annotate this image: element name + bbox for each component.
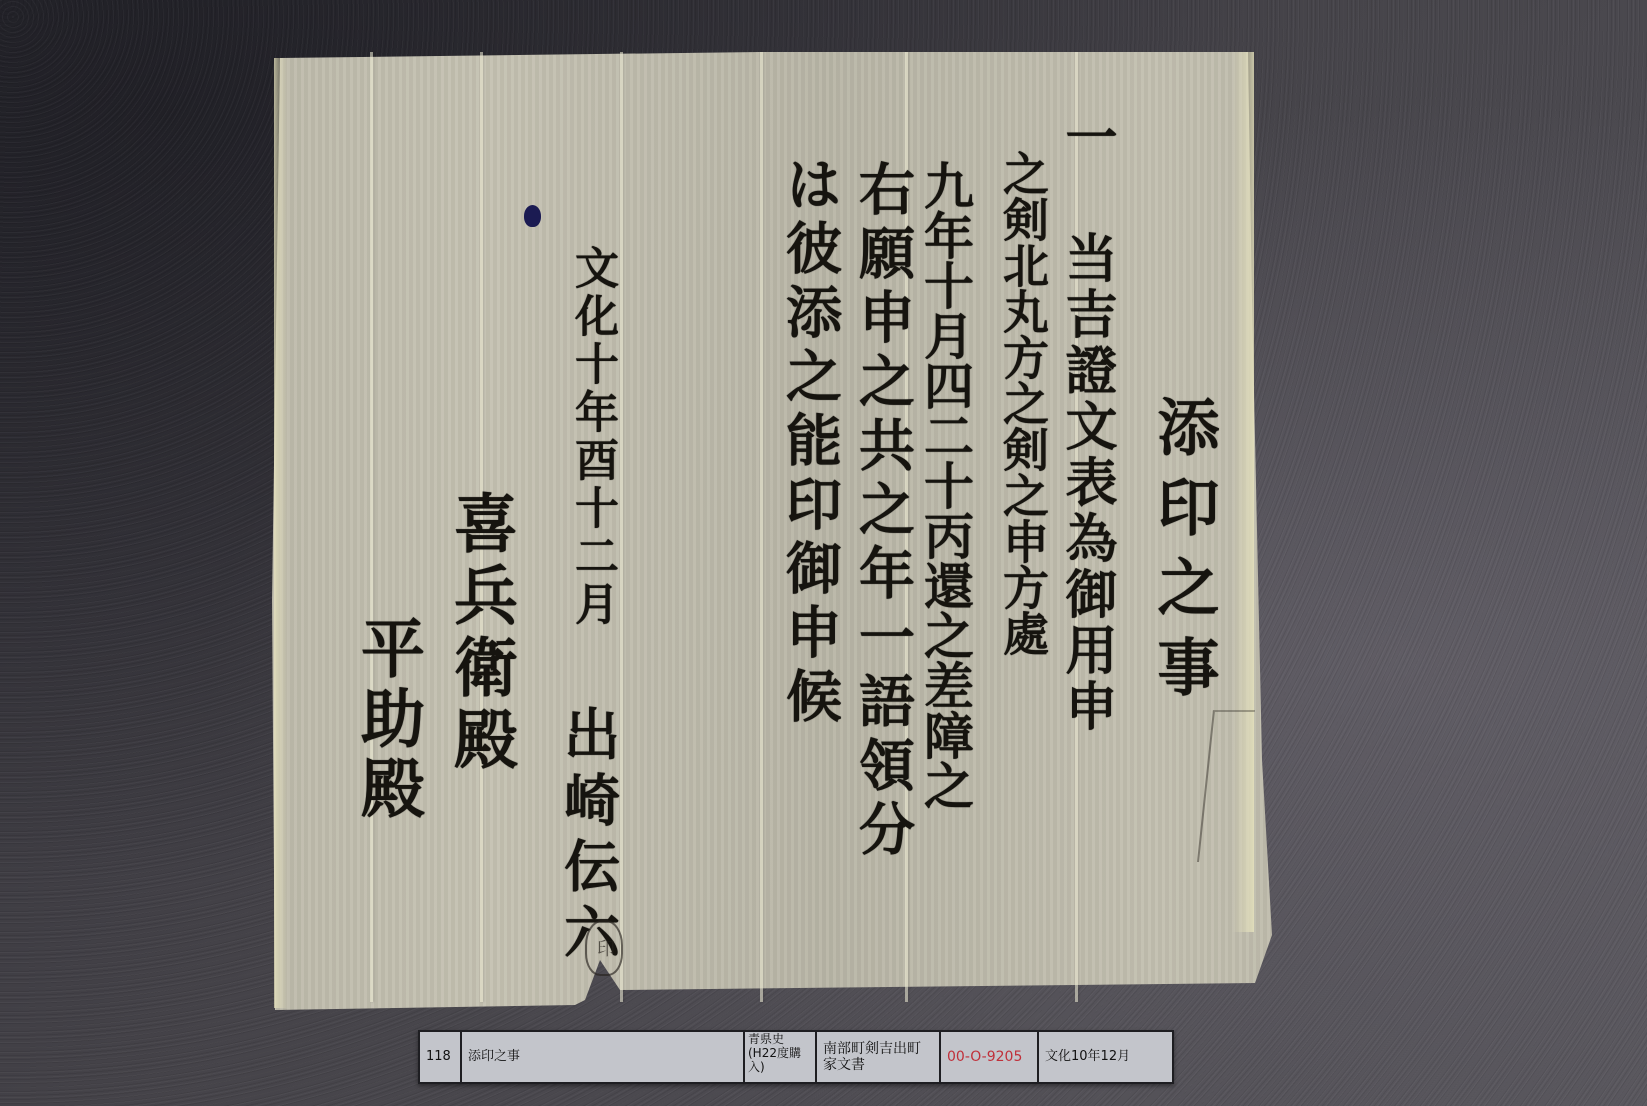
fold-line [760, 52, 763, 1002]
paper-left-edge [274, 58, 288, 1008]
label-title: 添印之事 [462, 1032, 745, 1082]
body-column-3: 九年十月四二十丙還之差障之 [920, 160, 970, 810]
document-date: 文化十年酉十二月 [570, 245, 614, 629]
body-column-4: 右願申之共之年一語領分 [855, 160, 911, 864]
addressee-2: 平助殿 [355, 615, 419, 825]
catalog-label: 118 添印之事 青県史(H22度購入) 南部町剣吉出町家文書 00-O-920… [418, 1030, 1174, 1084]
seal-stamp: 印 [585, 920, 623, 976]
label-code: 00-O-9205 [941, 1032, 1039, 1082]
label-number: 118 [420, 1032, 462, 1082]
body-column-2: 之剣北丸方之剣之申方處 [1000, 150, 1046, 656]
document-title-column: 添印之事 [1152, 395, 1214, 715]
blue-ink-dot [524, 205, 541, 227]
addressee-1: 喜兵衛殿 [448, 490, 512, 778]
label-collection: 南部町剣吉出町家文書 [817, 1032, 941, 1082]
label-source: 青県史(H22度購入) [745, 1032, 817, 1082]
body-column-1: 一 当吉證文表為御用申 [1060, 110, 1112, 735]
label-date: 文化10年12月 [1039, 1032, 1172, 1082]
body-column-5: は彼添之能印御申候 [782, 155, 838, 731]
fold-line [370, 52, 373, 1002]
